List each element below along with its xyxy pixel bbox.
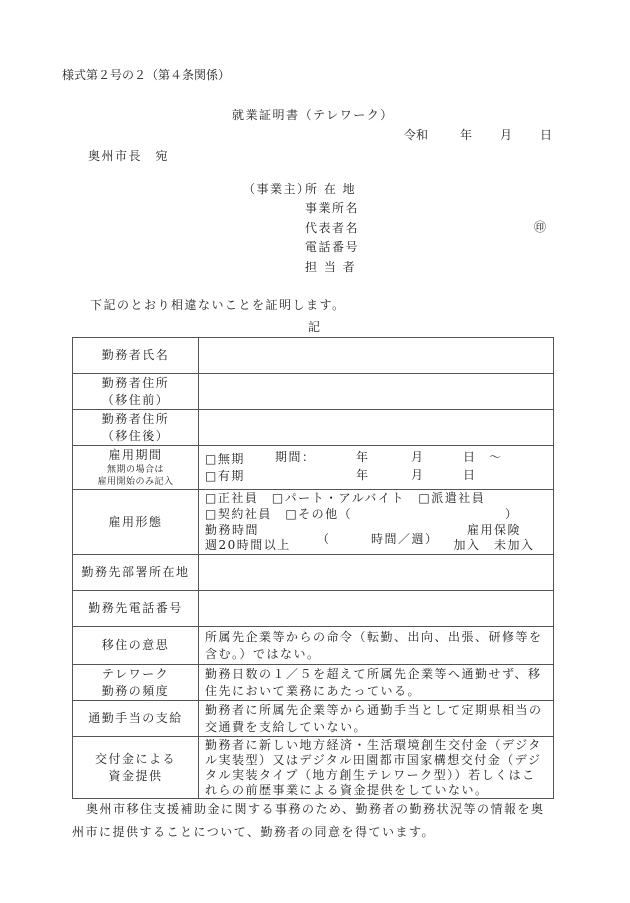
telework-frequency-label: テレワーク 勤務の頻度 (73, 665, 199, 701)
relocation-intent-label: 移住の意思 (73, 627, 199, 665)
seal-icon: ㊞ (534, 218, 546, 235)
relocation-intent-text: 所属先企業等からの命令（転勤、出向、出張、研修等を含む。）ではない。 (199, 627, 554, 665)
employment-period-label: 雇用期間 無期の場合は 雇用開始のみ記入 (73, 446, 199, 490)
table-row: 雇用期間 無期の場合は 雇用開始のみ記入 □無期 □有期 期間： 年 月 日 ～ (73, 446, 554, 490)
table-row: 勤務先電話番号 (73, 591, 554, 627)
table-row: 勤務者住所 （移住前） (73, 374, 554, 410)
date-year: 年 (460, 126, 472, 143)
date-month: 月 (500, 126, 512, 143)
address-after-field[interactable] (199, 410, 554, 446)
employment-type-options-1[interactable]: □正社員 □パート・アルバイト □派遣社員 (205, 490, 547, 506)
employment-type-label: 雇用形態 (73, 490, 199, 555)
ki-heading: 記 (308, 318, 320, 335)
table-row: 雇用形態 □正社員 □パート・アルバイト □派遣社員 □契約社員 □その他（ ）… (73, 490, 554, 555)
address-after-label: 勤務者住所 （移住後） (73, 410, 199, 446)
consent-text: 奥州市移住支援補助金に関する事務のため、勤務者の勤務状況等の情報を奥州市に提供す… (72, 798, 556, 844)
work-hours-label: 勤務時間 週20時間以上 (199, 522, 317, 554)
form-number: 様式第２号の２（第４条関係） (62, 66, 230, 83)
telework-frequency-text: 勤務日数の１／５を超えて所属先企業等へ通勤せず、移住先において業務にあたっている… (199, 665, 554, 701)
employer-office-label: 事業所名 (305, 199, 359, 216)
table-row: 移住の意思 所属先企業等からの命令（転勤、出向、出張、研修等を含む。）ではない。 (73, 627, 554, 665)
worker-name-label: 勤務者氏名 (73, 338, 199, 374)
indefinite-checkbox[interactable]: □無期 (205, 451, 269, 468)
office-address-label: 勤務先部署所在地 (73, 555, 199, 591)
worker-name-field[interactable] (199, 338, 554, 374)
intro-text: 下記のとおり相違ないことを証明します。 (90, 296, 346, 313)
employer-label: （事業主） (243, 180, 311, 197)
table-row: 勤務者氏名 (73, 338, 554, 374)
period-field[interactable]: 期間： 年 月 日 ～ 年 月 日 (269, 446, 553, 489)
table-row: 勤務者住所 （移住後） (73, 410, 554, 446)
employer-contact-label: 担 当 者 (305, 258, 356, 275)
table-row: 交付金による 資金提供 勤務者に新しい地方経済・生活環境創生交付金（デジタル実装… (73, 737, 554, 799)
grant-funding-text: 勤務者に新しい地方経済・生活環境創生交付金（デジタル実装型）又はデジタル田園都市… (199, 737, 554, 799)
employer-phone-label: 電話番号 (305, 238, 359, 255)
employment-type-options-2[interactable]: □契約社員 □その他（ (205, 507, 352, 521)
document-title: 就業証明書（テレワーク） (232, 106, 394, 123)
date-era: 令和 (404, 126, 428, 143)
employment-insurance[interactable]: 雇用保険 加入 未加入 (435, 522, 553, 554)
table-row: 勤務先部署所在地 (73, 555, 554, 591)
address-before-field[interactable] (199, 374, 554, 410)
table-row: テレワーク 勤務の頻度 勤務日数の１／５を超えて所属先企業等へ通勤せず、移住先に… (73, 665, 554, 701)
grant-funding-label: 交付金による 資金提供 (73, 737, 199, 799)
table-row: 通勤手当の支給 勤務者に所属先企業等から通勤手当として定期県相当の交通費を支給し… (73, 701, 554, 737)
date-day: 日 (540, 126, 552, 143)
employer-rep-label: 代表者名 (305, 219, 359, 236)
fixed-term-checkbox[interactable]: □有期 (205, 468, 269, 485)
office-phone-field[interactable] (199, 591, 554, 627)
addressee: 奥州市長 宛 (88, 147, 169, 164)
work-hours-field[interactable]: （ 時間／週） (317, 522, 435, 554)
address-before-label: 勤務者住所 （移住前） (73, 374, 199, 410)
office-phone-label: 勤務先電話番号 (73, 591, 199, 627)
certificate-table: 勤務者氏名 勤務者住所 （移住前） 勤務者住所 （移住後） 雇用期間 無期の場合… (72, 337, 554, 799)
commute-allowance-label: 通勤手当の支給 (73, 701, 199, 737)
employer-address-label: 所 在 地 (305, 180, 356, 197)
office-address-field[interactable] (199, 555, 554, 591)
commute-allowance-text: 勤務者に所属先企業等から通勤手当として定期県相当の交通費を支給していない。 (199, 701, 554, 737)
